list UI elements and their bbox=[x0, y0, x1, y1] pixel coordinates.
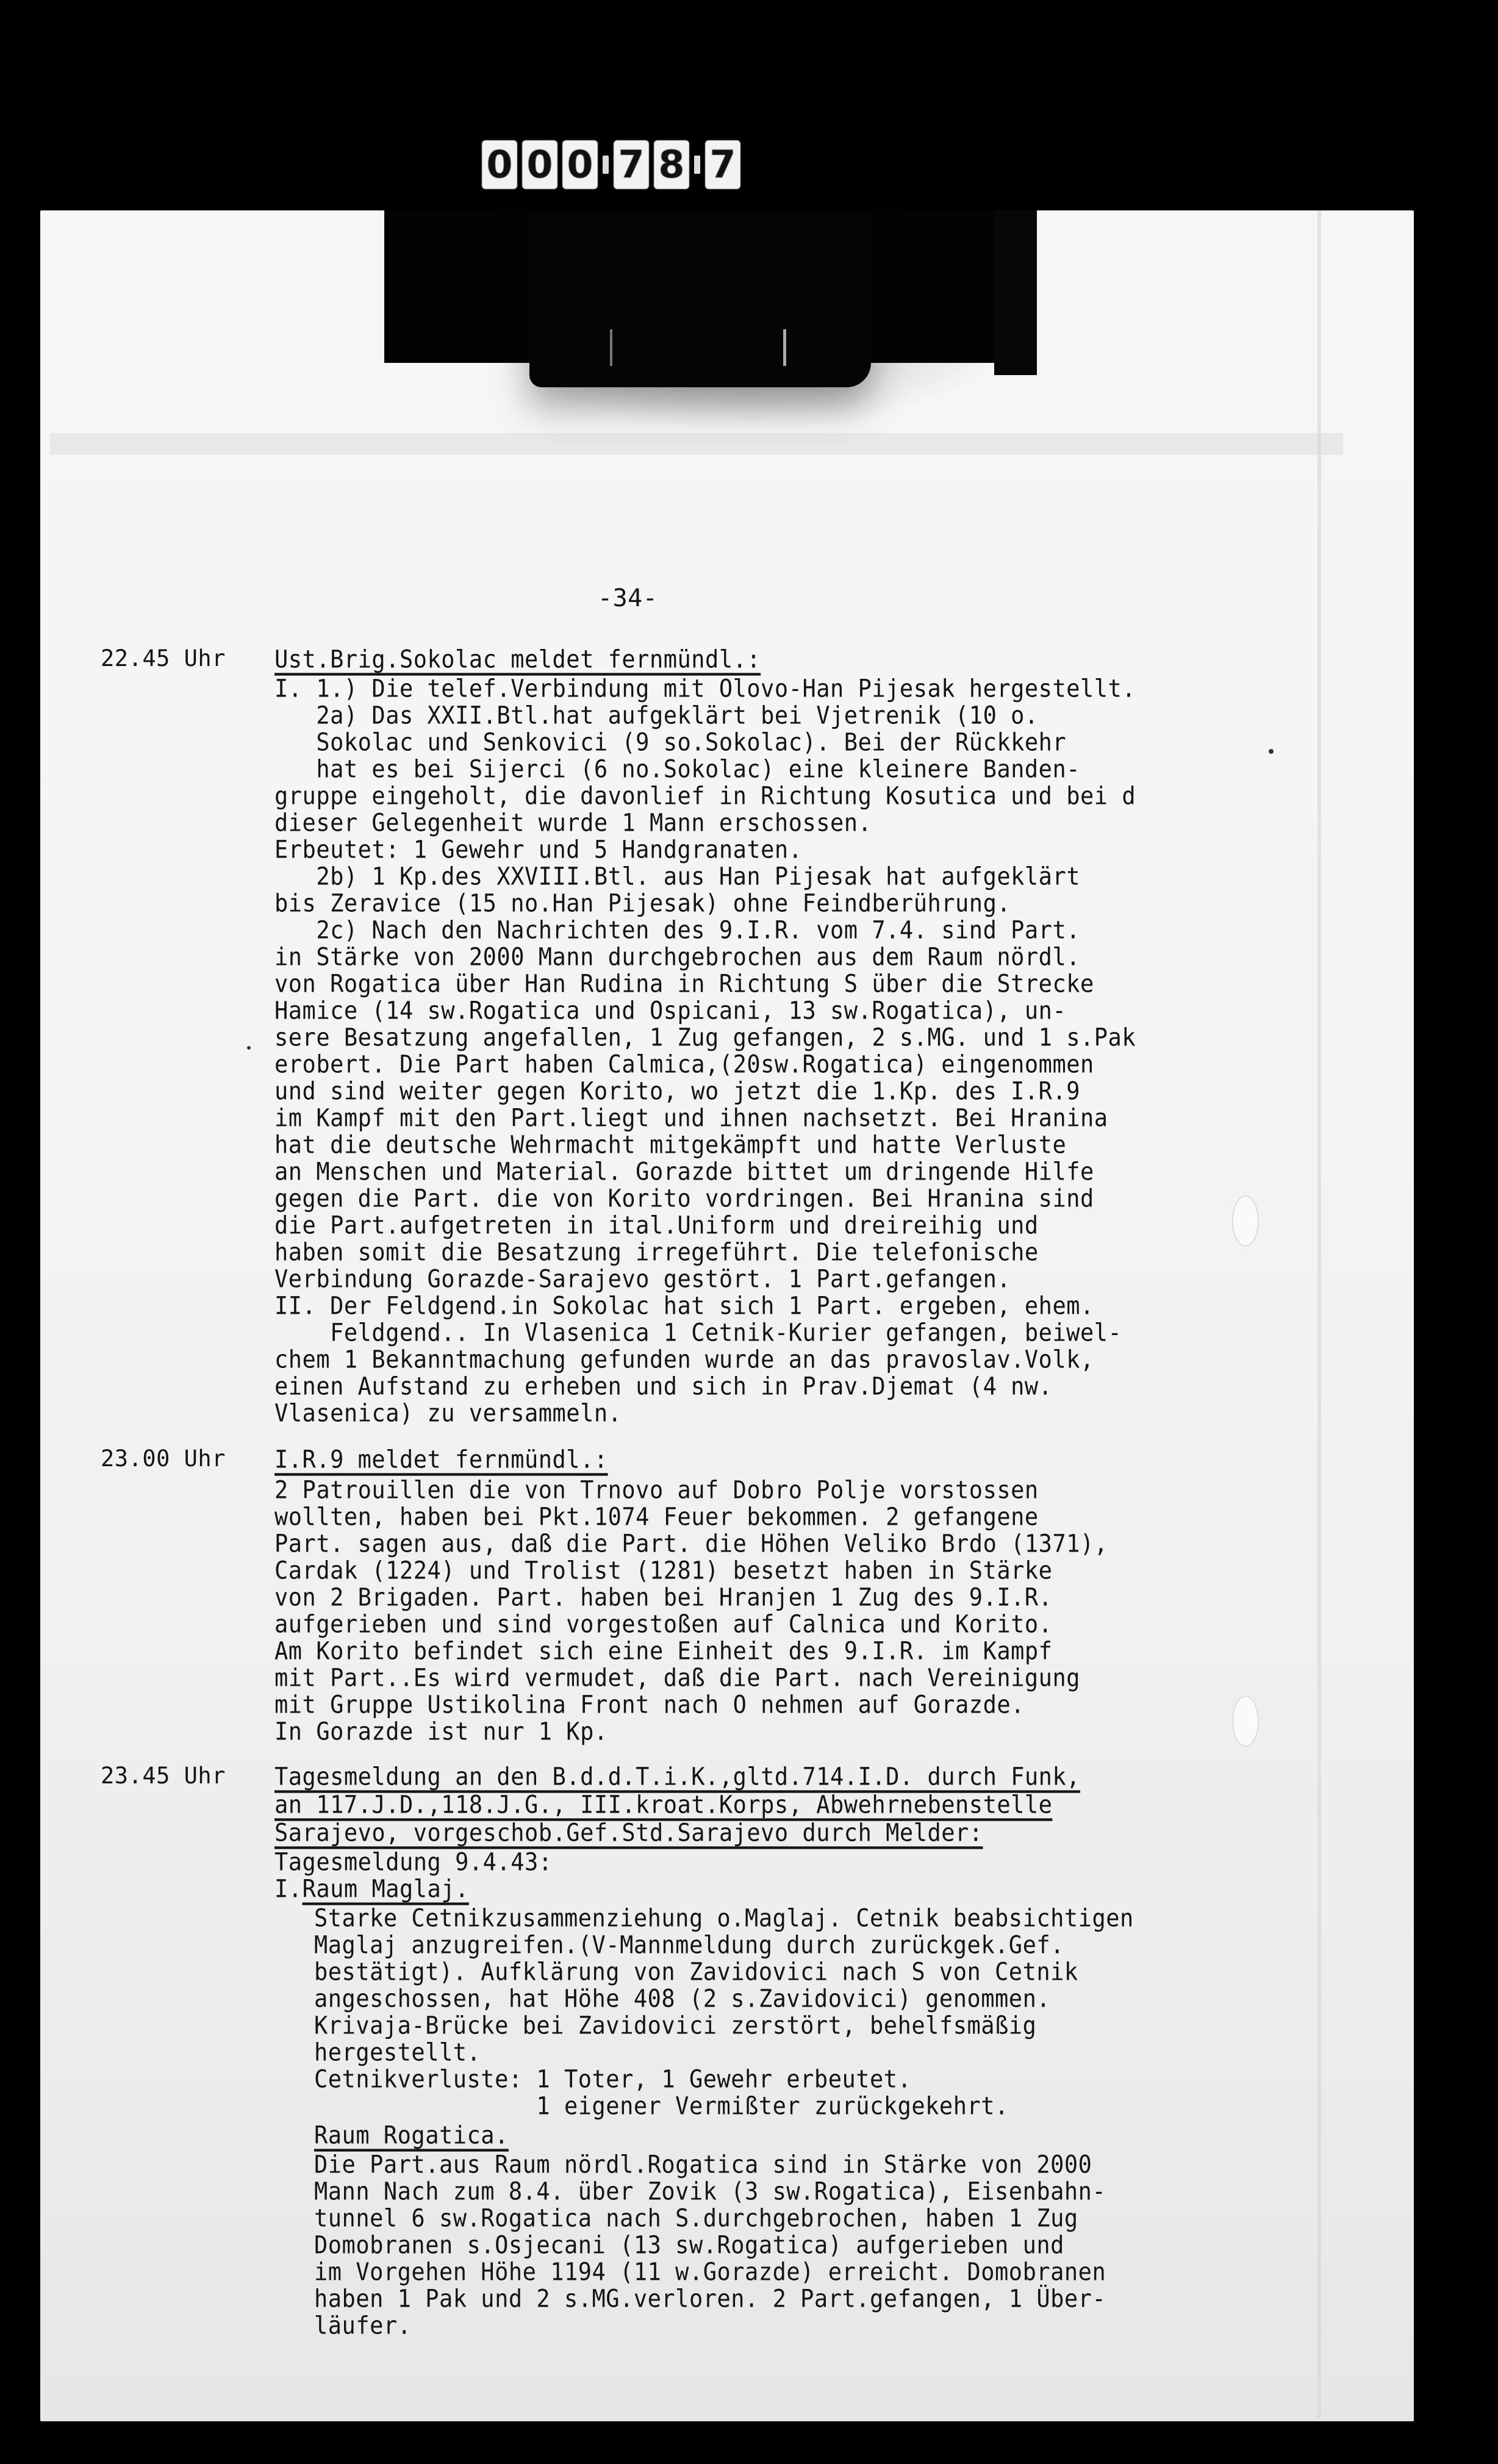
entry-line: hat die deutsche Wehrmacht mitgekämpft u… bbox=[274, 1131, 1066, 1160]
section-line: angeschossen, hat Höhe 408 (2 s.Zavidovi… bbox=[314, 1985, 1050, 2014]
entry-line: mit Part..Es wird vermudet, daß die Part… bbox=[274, 1664, 1080, 1693]
entry-line: in Stärke von 2000 Mann durchgebrochen a… bbox=[274, 943, 1080, 972]
entry-line: Sokolac und Senkovici (9 so.Sokolac). Be… bbox=[274, 728, 1066, 757]
entry-line: aufgerieben und sind vorgestoßen auf Cal… bbox=[274, 1610, 1052, 1639]
entry-line: chem 1 Bekanntmachung gefunden wurde an … bbox=[274, 1345, 1094, 1375]
entry-heading: Tagesmeldung an den B.d.d.T.i.K.,gltd.71… bbox=[274, 1763, 1080, 1792]
entry-time: 23.45 Uhr bbox=[101, 1763, 226, 1789]
section-line: hergestellt. bbox=[314, 2038, 481, 2068]
section-line: Mann Nach zum 8.4. über Zovik (3 sw.Roga… bbox=[314, 2177, 1106, 2207]
entry-heading: I.R.9 meldet fernmündl.: bbox=[274, 1445, 608, 1475]
entry-line: bis Zeravice (15 no.Han Pijesak) ohne Fe… bbox=[274, 889, 1011, 919]
section-line: 1 eigener Vermißter zurückgekehrt. bbox=[314, 2092, 1009, 2121]
entry-heading: an 117.J.D.,118.J.G., III.kroat.Korps, A… bbox=[274, 1791, 1052, 1820]
entry-line: von Rogatica über Han Rudina in Richtung… bbox=[274, 970, 1094, 999]
section-line: im Vorgehen Höhe 1194 (11 w.Gorazde) err… bbox=[314, 2258, 1106, 2287]
section-line: haben 1 Pak und 2 s.MG.verloren. 2 Part.… bbox=[314, 2285, 1106, 2314]
section-line: bestätigt). Aufklärung von Zavidovici na… bbox=[314, 1958, 1078, 1987]
section-title: Raum Maglaj. bbox=[303, 1875, 469, 1903]
entry-line: erobert. Die Part haben Calmica,(20sw.Ro… bbox=[274, 1050, 1094, 1080]
entry-line: 2c) Nach den Nachrichten des 9.I.R. vom … bbox=[274, 916, 1080, 945]
entry-line: Am Korito befindet sich eine Einheit des… bbox=[274, 1637, 1052, 1666]
entry-line: und sind weiter gegen Korito, wo jetzt d… bbox=[274, 1077, 1080, 1106]
page-number: -34- bbox=[598, 584, 658, 612]
entry-line: die Part.aufgetreten in ital.Uniform und… bbox=[274, 1211, 1039, 1241]
entry-line: an Menschen und Material. Gorazde bittet… bbox=[274, 1158, 1094, 1187]
entry-time: 23.00 Uhr bbox=[101, 1445, 226, 1472]
entry-heading: Ust.Brig.Sokolac meldet fernmündl.: bbox=[274, 645, 761, 675]
section-line: Domobranen s.Osjecani (13 sw.Rogatica) a… bbox=[314, 2231, 1064, 2260]
section-heading-maglaj: I.Raum Maglaj. bbox=[274, 1875, 469, 1904]
section-line: Die Part.aus Raum nördl.Rogatica sind in… bbox=[314, 2151, 1092, 2180]
entry-line: von 2 Brigaden. Part. haben bei Hranjen … bbox=[274, 1583, 1052, 1613]
entry-line: gruppe eingeholt, die davonlief in Richt… bbox=[274, 782, 1136, 811]
section-line: Maglaj anzugreifen.(V-Mannmeldung durch … bbox=[314, 1931, 1064, 1960]
entry-line: hat es bei Sijerci (6 no.Sokolac) eine k… bbox=[274, 755, 1080, 784]
entry-line: haben somit die Besatzung irregeführt. D… bbox=[274, 1238, 1039, 1267]
entry-line: I. 1.) Die telef.Verbindung mit Olovo-Ha… bbox=[274, 675, 1136, 704]
entry-line: Vlasenica) zu versammeln. bbox=[274, 1399, 622, 1428]
entry-line: dieser Gelegenheit wurde 1 Mann erschoss… bbox=[274, 809, 872, 838]
entry-line: gegen die Part. die von Korito vordringe… bbox=[274, 1184, 1094, 1214]
entry-line: Verbindung Gorazde-Sarajevo gestört. 1 P… bbox=[274, 1265, 1011, 1294]
entry-line: 2a) Das XXII.Btl.hat aufgeklärt bei Vjet… bbox=[274, 701, 1039, 731]
entry-line: 2b) 1 Kp.des XXVIII.Btl. aus Han Pijesak… bbox=[274, 862, 1080, 892]
typewritten-document: -34- 22.45 Uhr Ust.Brig.Sokolac meldet f… bbox=[0, 0, 1498, 2464]
section-line: Starke Cetnikzusammenziehung o.Maglaj. C… bbox=[314, 1904, 1134, 1933]
section-line: tunnel 6 sw.Rogatica nach S.durchgebroch… bbox=[314, 2204, 1078, 2233]
entry-line: Feldgend.. In Vlasenica 1 Cetnik-Kurier … bbox=[274, 1319, 1122, 1348]
entry-line: wollten, haben bei Pkt.1074 Feuer bekomm… bbox=[274, 1503, 1039, 1532]
entry-line: Part. sagen aus, daß die Part. die Höhen… bbox=[274, 1530, 1108, 1559]
entry-line: Cardak (1224) und Trolist (1281) besetzt… bbox=[274, 1556, 1052, 1586]
section-title: Raum Rogatica. bbox=[314, 2121, 509, 2151]
entry-line: sere Besatzung angefallen, 1 Zug gefange… bbox=[274, 1023, 1136, 1053]
report-date: Tagesmeldung 9.4.43: bbox=[274, 1848, 553, 1877]
entry-line: In Gorazde ist nur 1 Kp. bbox=[274, 1717, 608, 1747]
entry-time: 22.45 Uhr bbox=[101, 645, 226, 672]
entry-heading: Sarajevo, vorgeschob.Gef.Std.Sarajevo du… bbox=[274, 1819, 983, 1848]
entry-line: einen Aufstand zu erheben und sich in Pr… bbox=[274, 1372, 1052, 1402]
entry-line: mit Gruppe Ustikolina Front nach O nehme… bbox=[274, 1691, 1025, 1720]
section-prefix: I. bbox=[274, 1875, 303, 1903]
entry-line: Erbeutet: 1 Gewehr und 5 Handgranaten. bbox=[274, 836, 802, 865]
entry-line: im Kampf mit den Part.liegt und ihnen na… bbox=[274, 1104, 1108, 1133]
section-line: Cetnikverluste: 1 Toter, 1 Gewehr erbeut… bbox=[314, 2065, 911, 2094]
section-line: Krivaja-Brücke bei Zavidovici zerstört, … bbox=[314, 2011, 1036, 2041]
entry-line: 2 Patrouillen die von Trnovo auf Dobro P… bbox=[274, 1476, 1039, 1505]
entry-line: II. Der Feldgend.in Sokolac hat sich 1 P… bbox=[274, 1292, 1094, 1321]
entry-line: Hamice (14 sw.Rogatica und Ospicani, 13 … bbox=[274, 997, 1066, 1026]
section-line: läufer. bbox=[314, 2312, 411, 2341]
